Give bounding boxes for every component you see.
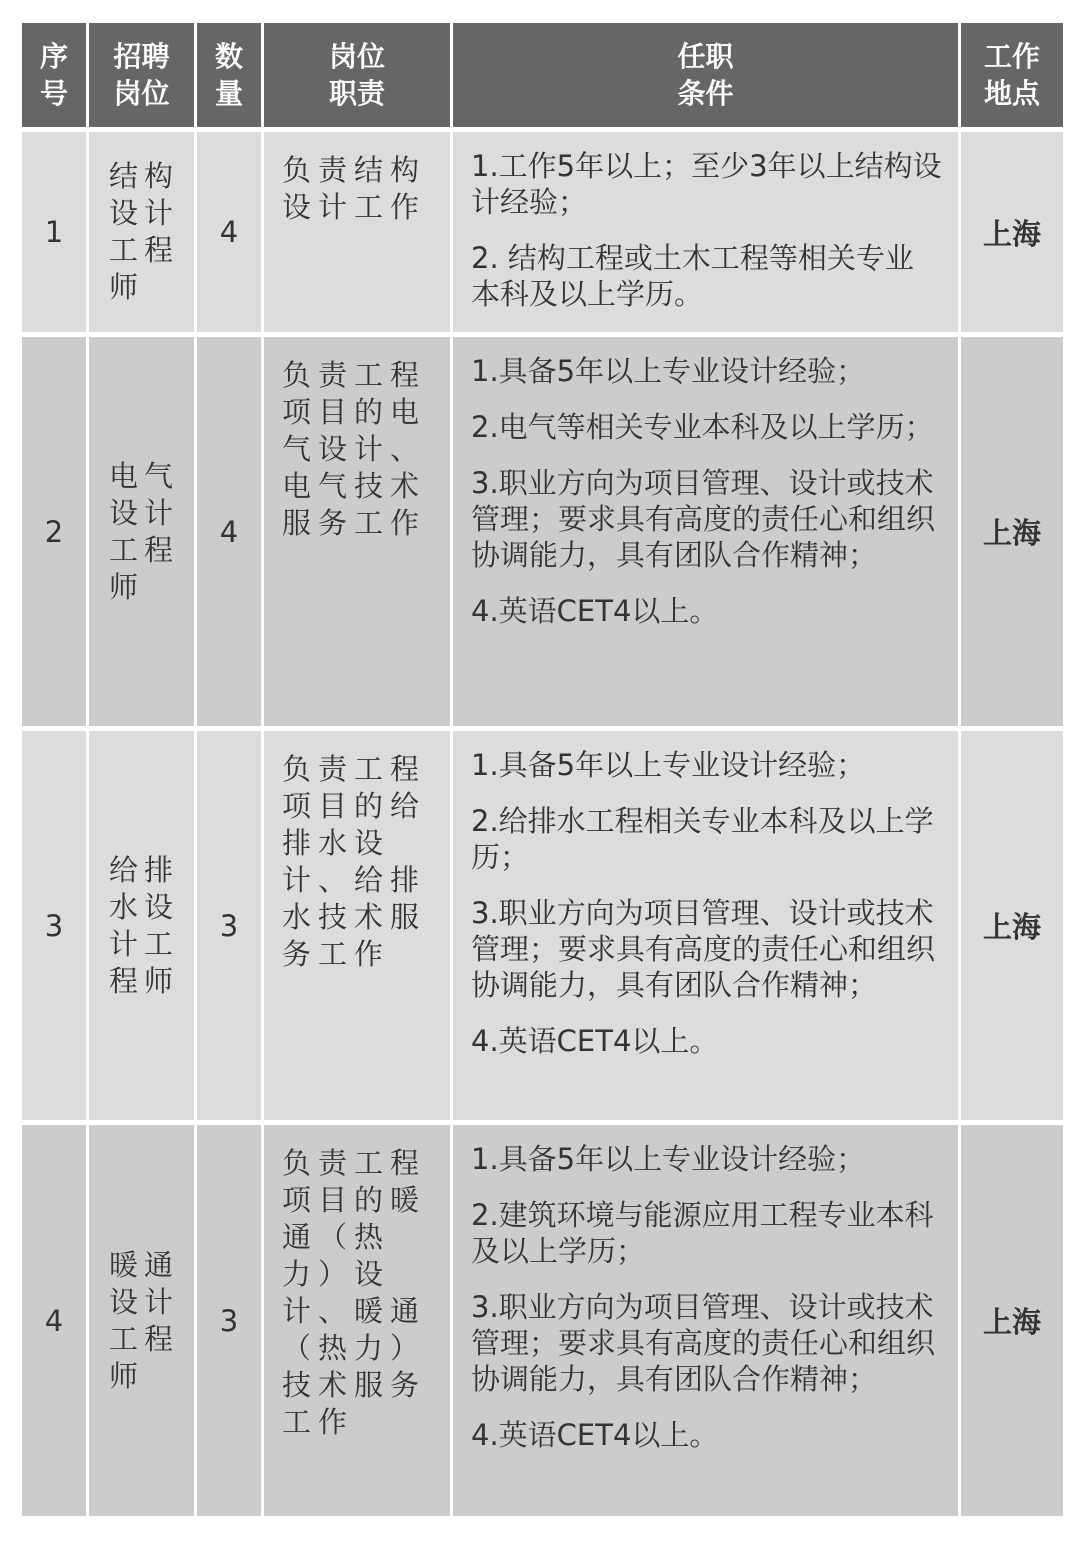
requirement-item: 2.建筑环境与能源应用工程专业本科及以上学历；	[471, 1197, 942, 1269]
cell-no: 1	[22, 132, 86, 332]
cell-duty: 负责工程项目的电气设计、电气技术服务工作	[264, 337, 450, 726]
cell-position: 给排水设计工程师	[89, 731, 194, 1120]
recruitment-table: 序号 招聘岗位 数量 岗位职责 任职条件 工作地点 1 结构设计工程师 4 负责…	[19, 18, 1066, 1521]
table-row: 1 结构设计工程师 4 负责结构设计工作 1.工作5年以上；至少3年以上结构设计…	[22, 132, 1063, 332]
cell-location: 上海	[961, 132, 1063, 332]
requirement-item: 4.英语CET4以上。	[471, 593, 942, 629]
header-no-line2: 号	[22, 75, 86, 112]
requirement-item: 1.具备5年以上专业设计经验；	[471, 353, 942, 389]
cell-requirements: 1.具备5年以上专业设计经验； 2.建筑环境与能源应用工程专业本科及以上学历； …	[453, 1125, 958, 1516]
cell-location: 上海	[961, 337, 1063, 726]
cell-qty: 3	[197, 731, 261, 1120]
table-header-row: 序号 招聘岗位 数量 岗位职责 任职条件 工作地点	[22, 23, 1063, 127]
header-no-line1: 序	[22, 38, 86, 75]
cell-qty: 4	[197, 337, 261, 726]
header-requirements: 任职条件	[453, 23, 958, 127]
requirement-item: 2.电气等相关专业本科及以上学历；	[471, 409, 942, 445]
header-duty: 岗位职责	[264, 23, 450, 127]
cell-requirements: 1.具备5年以上专业设计经验； 2.给排水工程相关专业本科及以上学历； 3.职业…	[453, 731, 958, 1120]
cell-duty: 负责结构设计工作	[264, 132, 450, 332]
header-qty-line2: 量	[197, 75, 261, 112]
header-location: 工作地点	[961, 23, 1063, 127]
requirement-item: 4.英语CET4以上。	[471, 1023, 942, 1059]
cell-qty: 3	[197, 1125, 261, 1516]
cell-position: 电气设计工程师	[89, 337, 194, 726]
header-loc-line1: 工作	[961, 38, 1063, 75]
table-row: 2 电气设计工程师 4 负责工程项目的电气设计、电气技术服务工作 1.具备5年以…	[22, 337, 1063, 726]
cell-no: 2	[22, 337, 86, 726]
cell-qty: 4	[197, 132, 261, 332]
requirement-item: 3.职业方向为项目管理、设计或技术管理；要求具有高度的责任心和组织协调能力，具有…	[471, 465, 942, 573]
requirement-item: 4.英语CET4以上。	[471, 1417, 942, 1453]
header-position-line1: 招聘	[89, 38, 194, 75]
cell-duty: 负责工程项目的给排水设计、给排水技术服务工作	[264, 731, 450, 1120]
requirement-item: 3.职业方向为项目管理、设计或技术管理；要求具有高度的责任心和组织协调能力，具有…	[471, 895, 942, 1003]
cell-duty: 负责工程项目的暖通（热力）设计、暖通（热力）技术服务工作	[264, 1125, 450, 1516]
header-req-line2: 条件	[453, 75, 958, 112]
requirement-item: 2. 结构工程或土木工程等相关专业本科及以上学历。	[471, 240, 942, 312]
position-text: 结构设计工程师	[109, 158, 179, 306]
header-qty: 数量	[197, 23, 261, 127]
position-text: 给排水设计工程师	[109, 852, 179, 1000]
cell-location: 上海	[961, 731, 1063, 1120]
requirement-item: 1.工作5年以上；至少3年以上结构设计经验；	[471, 148, 942, 220]
header-qty-line1: 数	[197, 38, 261, 75]
requirement-item: 3.职业方向为项目管理、设计或技术管理；要求具有高度的责任心和组织协调能力，具有…	[471, 1289, 942, 1397]
cell-requirements: 1.工作5年以上；至少3年以上结构设计经验； 2. 结构工程或土木工程等相关专业…	[453, 132, 958, 332]
position-text: 暖通设计工程师	[109, 1247, 179, 1395]
requirement-item: 1.具备5年以上专业设计经验；	[471, 1141, 942, 1177]
position-text: 电气设计工程师	[109, 458, 179, 606]
header-position-line2: 岗位	[89, 75, 194, 112]
header-position: 招聘岗位	[89, 23, 194, 127]
header-no: 序号	[22, 23, 86, 127]
cell-location: 上海	[961, 1125, 1063, 1516]
requirement-item: 1.具备5年以上专业设计经验；	[471, 747, 942, 783]
header-loc-line2: 地点	[961, 75, 1063, 112]
header-req-line1: 任职	[453, 38, 958, 75]
cell-no: 3	[22, 731, 86, 1120]
header-duty-line1: 岗位	[264, 38, 450, 75]
cell-requirements: 1.具备5年以上专业设计经验； 2.电气等相关专业本科及以上学历； 3.职业方向…	[453, 337, 958, 726]
requirement-item: 2.给排水工程相关专业本科及以上学历；	[471, 803, 942, 875]
cell-no: 4	[22, 1125, 86, 1516]
cell-position: 结构设计工程师	[89, 132, 194, 332]
table-row: 3 给排水设计工程师 3 负责工程项目的给排水设计、给排水技术服务工作 1.具备…	[22, 731, 1063, 1120]
table-row: 4 暖通设计工程师 3 负责工程项目的暖通（热力）设计、暖通（热力）技术服务工作…	[22, 1125, 1063, 1516]
header-duty-line2: 职责	[264, 75, 450, 112]
cell-position: 暖通设计工程师	[89, 1125, 194, 1516]
